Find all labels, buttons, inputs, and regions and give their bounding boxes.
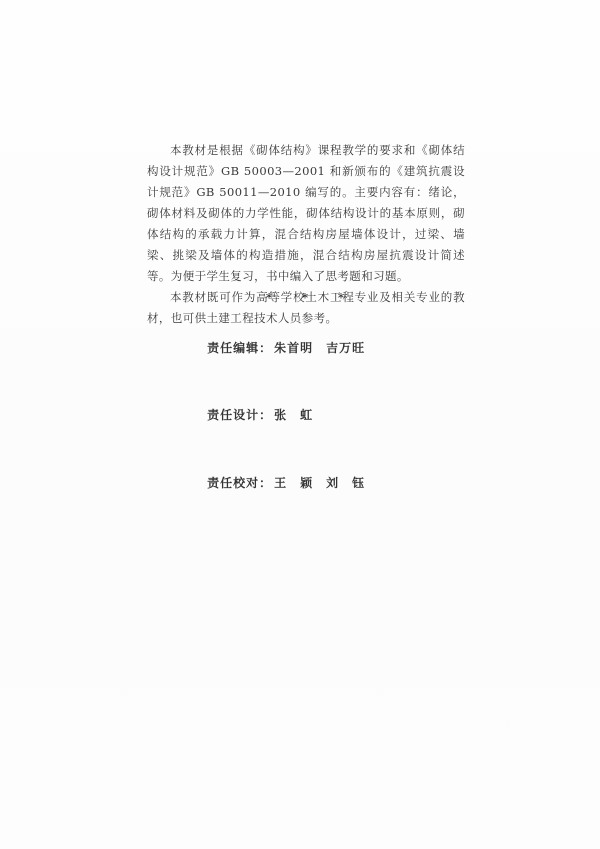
- credit-label: 责任设计：: [207, 408, 272, 422]
- asterisk-separator: * * *: [147, 289, 465, 306]
- credit-label: 责任校对：: [207, 476, 272, 490]
- credit-names: 朱首明 吉万旺: [274, 341, 365, 355]
- credit-line-designer: 责任设计：张 虹: [176, 382, 365, 450]
- abstract-paragraph-1: 本教材是根据《砌体结构》课程教学的要求和《砌体结构设计规范》GB 50003—2…: [147, 140, 465, 287]
- credit-line-editor: 责任编辑：朱首明 吉万旺: [176, 314, 365, 382]
- credit-names: 张 虹: [274, 408, 313, 422]
- scanned-book-page: 本教材是根据《砌体结构》课程教学的要求和《砌体结构设计规范》GB 50003—2…: [0, 0, 600, 849]
- credit-line-proofreader: 责任校对：王 颖 刘 钰: [176, 449, 365, 517]
- credit-names: 王 颖 刘 钰: [274, 476, 365, 490]
- credit-label: 责任编辑：: [207, 341, 272, 355]
- credits-block: 责任编辑：朱首明 吉万旺 责任设计：张 虹 责任校对：王 颖 刘 钰: [176, 314, 365, 517]
